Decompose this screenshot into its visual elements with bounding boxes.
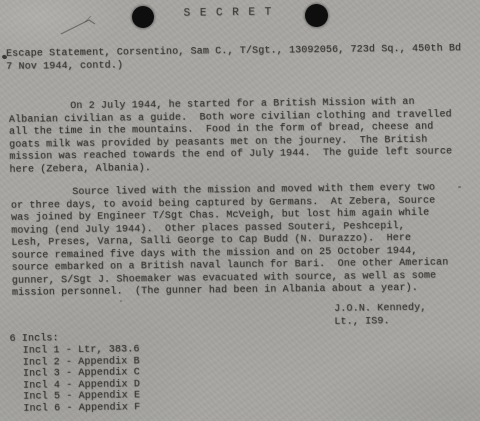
scanned-document-page: S E C R E T Escape Statement, Corsentino…: [0, 0, 480, 421]
document-content: S E C R E T Escape Statement, Corsentino…: [0, 0, 480, 421]
enclosures-list: Incl 1 - Ltr, 383.6 Incl 2 - Appendix B …: [23, 344, 141, 414]
heading-subject-line: Escape Statement, Corsentino, Sam C., T/…: [6, 43, 461, 60]
enclosures-title: 6 Incls:: [9, 333, 58, 345]
signature-unit: Lt., IS9.: [334, 316, 389, 328]
paragraph-journey: On 2 July 1944, he started for a British…: [9, 96, 453, 176]
classification-stamp: S E C R E T: [184, 7, 273, 21]
document-heading: Escape Statement, Corsentino, Sam C., T/…: [6, 43, 461, 74]
signature-block: J.O.N. Kennedy,Lt., IS9.: [334, 303, 427, 329]
signature-name: J.O.N. Kennedy,: [334, 303, 426, 315]
paragraph-mission-life: Source lived with the mission and moved …: [11, 182, 449, 300]
heading-date-line: 7 Nov 1944, contd.): [6, 60, 123, 72]
